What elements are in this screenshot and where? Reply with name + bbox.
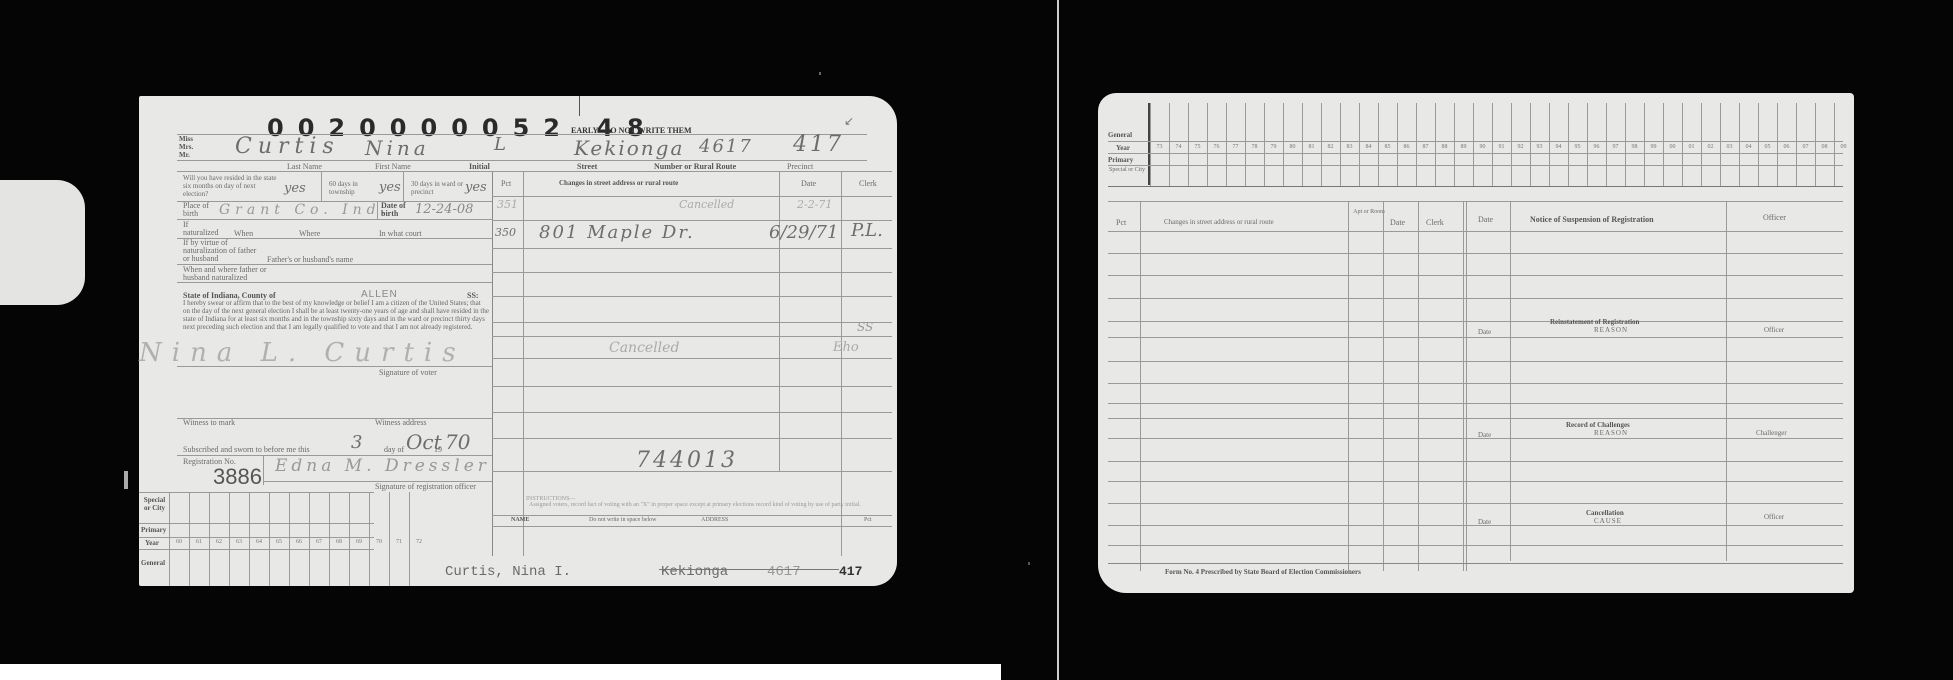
divider [1348,201,1349,571]
front-voting-grid: 60616263646566676869707172 [169,492,429,586]
rule [492,248,892,249]
voter-signature-label: Signature of voter [379,368,437,377]
naturalized-label: If naturalized [183,221,223,237]
instructions-space-note: Do not write in space below [589,517,656,523]
change-row-2-pct: 350 [495,226,516,239]
card-edge-left [0,180,85,305]
back-grid-label-year: Year [1116,144,1130,152]
grid-year-cell: 80 [1283,144,1302,150]
reinstatement-title: Reinstatement of Registration [1550,318,1639,326]
typed-pct: 417 [839,564,862,579]
state-residency-question: Will you have resided in the state six m… [183,174,278,198]
rule [1108,418,1843,419]
divider [1463,201,1464,571]
subscribed-year: 70 [445,430,470,454]
grid-year-cell: 01 [1682,144,1701,150]
rule [1108,383,1843,384]
back-date-header: Date [1390,218,1405,227]
grid-year-cell: 05 [1758,144,1777,150]
father-name-label: Father's or husband's name [267,255,353,264]
initial-value: L [494,134,506,155]
number-label: Number or Rural Route [654,162,736,171]
suspension-title: Notice of Suspension of Registration [1530,215,1654,224]
rule [492,438,892,439]
rule [492,272,892,273]
divider [1726,201,1727,561]
street-label: Street [577,162,597,171]
rule [177,219,492,220]
rule [1108,438,1843,439]
grid-year-cell: 69 [349,539,369,545]
note-number: 744013 [636,448,738,473]
change-row-2-address: 801 Maple Dr. [539,222,695,243]
change-row-6-address: Cancelled [609,340,679,356]
grid-year-cell: 61 [189,539,209,545]
officer-signature-label: Signature of registration officer [375,482,476,491]
rule [1108,361,1843,362]
grid-year-cell: 04 [1739,144,1758,150]
divider [321,171,322,201]
voter-signature: Nina L. Curtis [139,338,466,368]
oath-text: I hereby swear or affirm that to the bes… [183,299,489,331]
precinct-value: 417 [793,132,844,157]
rule [1108,186,1843,187]
grid-year-cell: 99 [1644,144,1663,150]
change-row-5-clerk: SS [857,320,873,334]
challenges-challenger-header: Challenger [1756,429,1787,437]
witness-label: Witness to mark [183,418,235,427]
grid-year-cell: 96 [1587,144,1606,150]
rule [492,336,892,337]
grid-year-cell: 07 [1796,144,1815,150]
grid-year-cell: 74 [1169,144,1188,150]
divider [523,171,524,556]
rule [1108,563,1843,564]
cancellation-title: Cancellation [1586,509,1624,517]
grid-year-cell: 90 [1473,144,1492,150]
divider [492,171,493,556]
grid-year-cell: 92 [1511,144,1530,150]
divider [1383,201,1384,571]
rule [492,412,892,413]
challenges-title: Record of Challenges [1566,421,1630,429]
title-label-mr: Mr. [179,151,190,159]
change-row-2-date: 6/29/71 [769,222,838,243]
reinstatement-reason-header: REASON [1594,326,1628,334]
grid-year-cell: 84 [1359,144,1378,150]
grid-year-cell: 63 [229,539,249,545]
naturalized-when-label: When [234,229,253,238]
grid-year-cell: 00 [1663,144,1682,150]
grid-label-primary: Primary [141,526,166,534]
rule [492,322,892,323]
suspension-officer-header: Officer [1763,213,1786,222]
grid-year-cell: 98 [1625,144,1644,150]
back-grid-label-primary: Primary [1108,156,1133,164]
rule [1108,525,1843,526]
grid-year-cell: 73 [1150,144,1169,150]
grid-year-cell: 88 [1435,144,1454,150]
last-name-label: Last Name [287,162,322,171]
title-label-miss: Miss [179,135,193,143]
speck [819,72,821,75]
rule [177,160,867,161]
grid-year-cell: 68 [329,539,349,545]
cancellation-date-header: Date [1478,518,1491,526]
challenges-date-header: Date [1478,431,1491,439]
divider [1510,201,1511,561]
cancellation-cause-header: CAUSE [1594,517,1622,525]
divider [403,171,404,201]
grid-label-general: General [141,559,165,567]
date-of-birth-value: 12-24-08 [415,202,473,217]
grid-label-year: Year [145,539,159,547]
grid-year-cell: 86 [1397,144,1416,150]
rule [492,471,892,472]
street-value: Kekionga [574,136,684,160]
subscribed-text: Subscribed and sworn to before me this [183,445,310,454]
grid-year-cell: 02 [1701,144,1720,150]
ward-question: 30 days in ward or precinct [411,180,473,196]
grid-year-cell: 70 [369,539,389,545]
rule [177,366,492,367]
rule [492,515,892,516]
rule [1108,337,1843,338]
rule [1108,231,1843,232]
grid-year-cell: 79 [1264,144,1283,150]
witness-address-label: Witness address [375,418,426,427]
fold-line [579,96,580,116]
subscribed-day: 3 [351,432,362,453]
title-label-mrs: Mrs. [179,143,193,151]
back-apt-header: Apt or Room [1352,208,1386,216]
instructions-text: Assigned voters, record fact of voting w… [529,502,889,509]
rule [1108,253,1843,254]
reinstatement-date-header: Date [1478,328,1491,336]
year-prefix: 19 [434,445,442,454]
change-row-6-clerk: Eho [833,340,859,355]
naturalized-court-label: In what court [379,229,422,238]
grid-year-cell: 77 [1226,144,1245,150]
form-footer: Form No. 4 Prescribed by State Board of … [1165,568,1361,576]
grid-year-cell: 82 [1321,144,1340,150]
township-question: 60 days in township [329,180,381,196]
grid-year-cell: 65 [269,539,289,545]
back-card: General Year Primary Special or City 737… [1098,93,1854,593]
divider [1418,201,1419,571]
front-card: 0020000052 48 EARLY - DO NOT WRITE THEM … [139,96,897,586]
change-row-1-address: Cancelled [679,198,734,211]
grid-year-cell: 03 [1720,144,1739,150]
rule [492,386,892,387]
back-clerk-header: Clerk [1426,218,1444,227]
grid-label-special: Special or City [141,496,168,512]
speck [1028,562,1030,565]
rule [1108,403,1843,404]
father-naturalization-label: If by virtue of naturalization of father… [183,239,263,263]
instructions-name-label: NAME [511,517,529,523]
grid-year-cell: 60 [169,539,189,545]
date-header: Date [801,179,816,188]
rule [1108,545,1843,546]
instructions-address-label: ADDRESS [701,517,728,523]
township-answer: yes [379,180,401,195]
back-grid-label-special: Special or City [1108,167,1146,174]
back-grid-label-general: General [1108,131,1132,139]
rule [1108,461,1843,462]
date-of-birth-label: Date of birth [381,202,417,218]
grid-year-cell: 64 [249,539,269,545]
grid-year-cell: 09 [1834,144,1853,150]
rule [1108,481,1843,482]
last-name-value: Curtis [235,134,340,159]
father-naturalized-when-label: When and where father or husband natural… [183,266,271,282]
rule [492,220,892,221]
check-mark: ↙ [844,114,854,129]
place-of-birth-label: Place of birth [183,202,223,218]
rule [1108,275,1843,276]
grid-year-cell: 62 [209,539,229,545]
cancellation-officer-header: Officer [1764,513,1784,521]
first-name-label: First Name [375,162,411,171]
grid-year-cell: 85 [1378,144,1397,150]
registration-number: 3886 [213,464,262,490]
rule [1108,321,1843,322]
clerk-header: Clerk [859,179,877,188]
rule [177,171,892,172]
rule [492,526,892,527]
suspension-date-header: Date [1478,215,1493,224]
divider [377,201,378,219]
reinstatement-officer-header: Officer [1764,326,1784,334]
back-address-header: Changes in street address or rural route [1164,218,1274,226]
typed-street: Kekionga [661,564,728,580]
grid-year-cell: 93 [1530,144,1549,150]
change-row-1-pct: 351 [497,198,518,211]
divider [841,171,842,556]
rule [1108,298,1843,299]
typed-voter-name: Curtis, Nina I. [445,564,571,580]
naturalized-where-label: Where [299,229,320,238]
grid-year-cell: 67 [309,539,329,545]
officer-signature: Edna M. Dressler [275,456,490,476]
initial-label: Initial [469,162,490,171]
strike-line [659,569,839,570]
pct-header: Pct [501,179,511,188]
grid-year-cell: 08 [1815,144,1834,150]
precinct-label: Precinct [787,162,813,171]
rule [1108,201,1843,202]
rule [492,358,892,359]
first-name-value: Nina [365,136,430,160]
change-row-1-date: 2-2-71 [797,198,832,211]
divider [779,171,780,471]
ward-answer: yes [465,180,487,195]
grid-year-cell: 91 [1492,144,1511,150]
grid-year-cell: 78 [1245,144,1264,150]
margin-mark [124,471,128,489]
grid-year-cell: 71 [389,539,409,545]
rule [492,196,892,197]
instructions-pct-label: Pct [864,517,872,523]
panel-divider [1057,0,1059,680]
address-changes-header: Changes in street address or rural route [559,179,678,187]
grid-year-cell: 66 [289,539,309,545]
rule [492,296,892,297]
grid-year-cell: 81 [1302,144,1321,150]
divider [1140,201,1141,571]
divider [1466,201,1467,571]
back-voting-grid: 7374757677787980818283848586878889909192… [1150,103,1844,186]
day-of-label: day of [384,445,404,454]
back-pct-header: Pct [1116,218,1126,227]
grid-year-cell: 76 [1207,144,1226,150]
rule [1108,503,1843,504]
grid-year-cell: 06 [1777,144,1796,150]
grid-year-cell: 94 [1549,144,1568,150]
challenges-reason-header: REASON [1594,429,1628,437]
number-value: 4617 [699,136,753,157]
grid-year-cell: 95 [1568,144,1587,150]
grid-year-cell: 83 [1340,144,1359,150]
grid-year-cell: 75 [1188,144,1207,150]
grid-year-cell: 87 [1416,144,1435,150]
grid-year-cell: 72 [409,539,429,545]
grid-year-cell: 89 [1454,144,1473,150]
change-row-2-clerk: P.L. [851,220,883,241]
grid-year-cell: 97 [1606,144,1625,150]
place-of-birth-value: Grant Co. Ind. [219,202,390,218]
rule [177,282,492,283]
bottom-bar [0,664,1001,680]
typed-number: 4617 [767,564,801,580]
state-residency-answer: yes [284,181,306,196]
